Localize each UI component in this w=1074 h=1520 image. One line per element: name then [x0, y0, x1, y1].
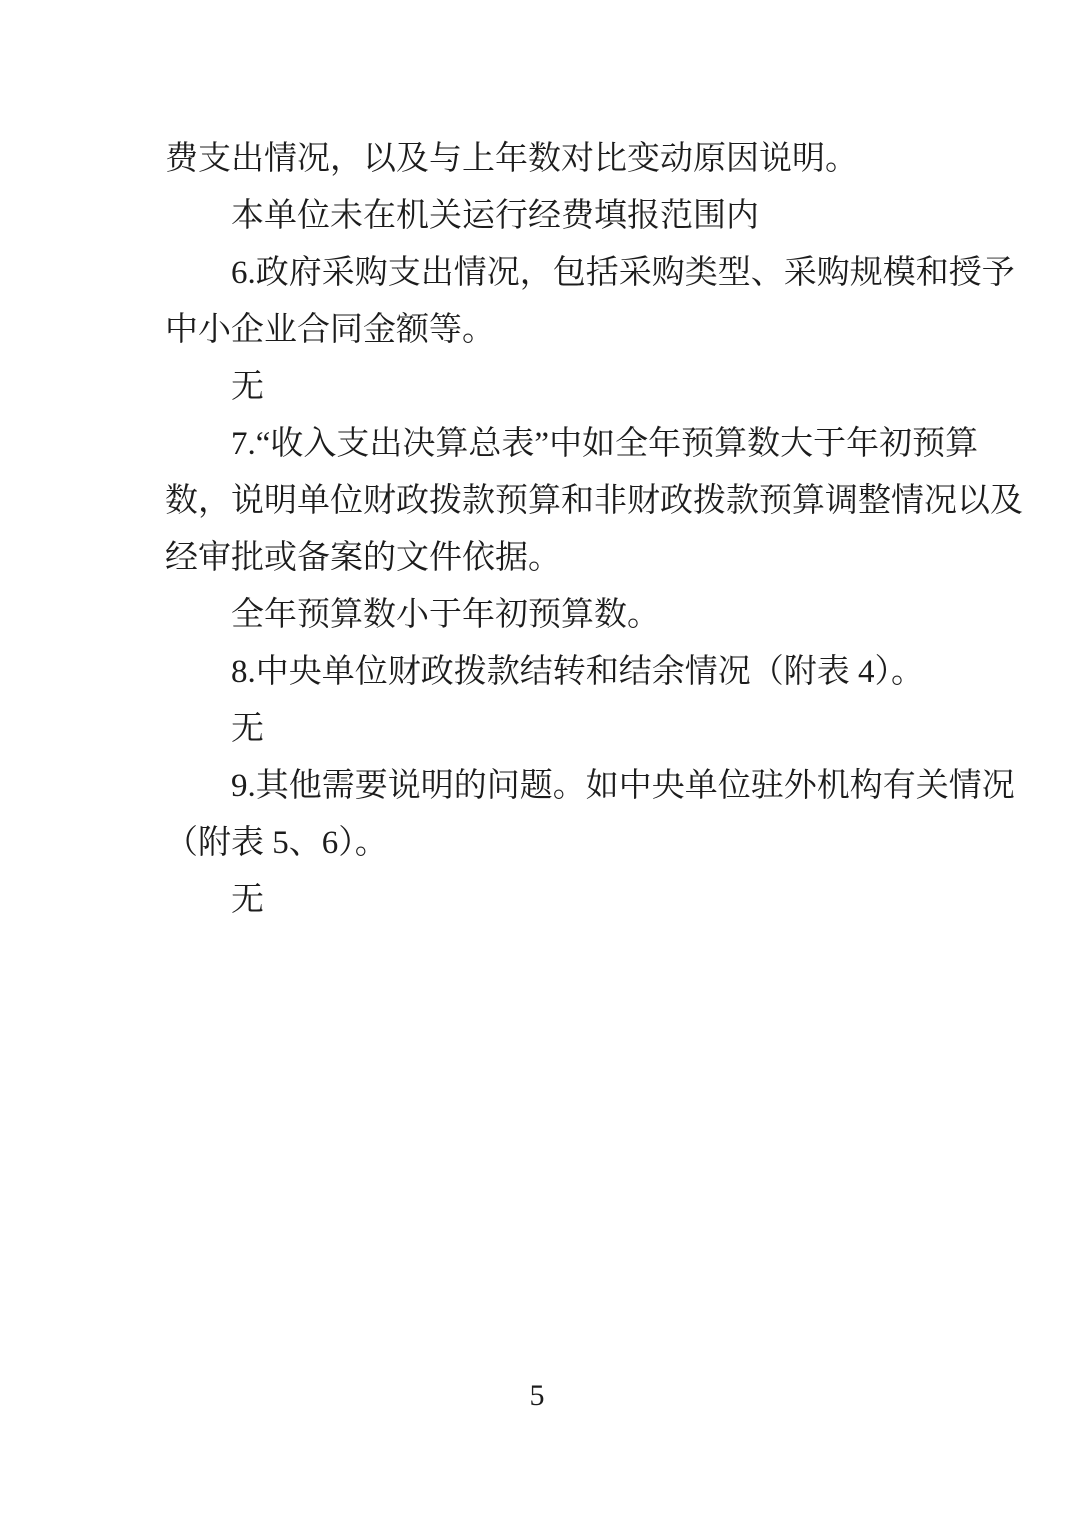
document-body: 费支出情况，以及与上年数对比变动原因说明。 本单位未在机关运行经费填报范围内 6…: [165, 131, 908, 929]
text-line: 8.中央单位财政拨款结转和结余情况（附表 4）。: [165, 644, 908, 701]
text-line: 无: [165, 872, 908, 929]
text-line: 费支出情况，以及与上年数对比变动原因说明。: [165, 131, 908, 188]
text-line: 本单位未在机关运行经费填报范围内: [165, 188, 908, 245]
text-line: 7.“收入支出决算总表”中如全年预算数大于年初预算: [165, 416, 908, 473]
text-line: （附表 5、6）。: [165, 815, 908, 872]
text-line: 无: [165, 359, 908, 416]
text-line: 中小企业合同金额等。: [165, 302, 908, 359]
text-line: 全年预算数小于年初预算数。: [165, 587, 908, 644]
page-footer: 5: [0, 1376, 1074, 1416]
page-number: 5: [530, 1379, 545, 1412]
text-line: 无: [165, 701, 908, 758]
text-line: 数，说明单位财政拨款预算和非财政拨款预算调整情况以及: [165, 473, 908, 530]
text-line: 经审批或备案的文件依据。: [165, 530, 908, 587]
document-page: 费支出情况，以及与上年数对比变动原因说明。 本单位未在机关运行经费填报范围内 6…: [0, 0, 1074, 1520]
text-line: 6.政府采购支出情况，包括采购类型、采购规模和授予: [165, 245, 908, 302]
text-line: 9.其他需要说明的问题。如中央单位驻外机构有关情况: [165, 758, 908, 815]
